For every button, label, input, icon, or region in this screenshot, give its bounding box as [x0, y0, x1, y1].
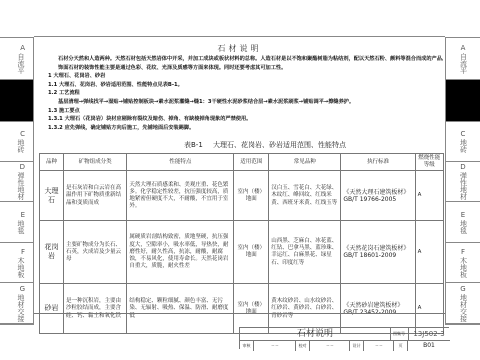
page-number: B01 [408, 341, 450, 351]
atlas-number: 13J502-3 [408, 328, 450, 340]
review-signature: ～～ [254, 341, 296, 351]
cell-varieties: 山西黑、芝麻白、冰花蓝、红钻、巴拿马黑、蓝珍珠、幸运红、白麻黑花、绿星石、印度红… [269, 221, 341, 284]
right-side-tabs: A自流平 C地砖 D弹性地材 E地毯 F木地板 G地材交接 [445, 37, 480, 325]
note-heading: 1.3 施工要点 [48, 107, 443, 116]
cell-fire-rating: A [415, 171, 443, 221]
cell-kind: 大理石 [40, 171, 64, 221]
side-tab-e[interactable]: E地毯 [0, 202, 33, 243]
note-heading: 1 大理石、花岗岩、砂岩 [48, 72, 443, 81]
header-fire-rating: 燃烧性能等级 [415, 154, 443, 171]
side-tab-d[interactable]: D弹性地材 [446, 162, 480, 202]
design-label: 设计 [350, 341, 364, 351]
side-tab-c[interactable]: C地砖 [446, 122, 480, 162]
cell-composition: 是一种沉积岩，主要由沙粒胶结而成，主要含硅、钙、黏土和氧化铁 [64, 284, 127, 334]
side-tab-e[interactable]: E地毯 [446, 202, 480, 243]
stone-properties-table: 品种 矿物组成分类 性能特点 适用范围 常见品种 执行标准 燃烧性能等级 大理石… [39, 153, 444, 334]
header-properties: 性能特点 [127, 154, 234, 171]
cell-varieties: 汉白玉、雪花白、大花绿、木纹红、峰回纹、红线米黄、西班牙米黄、红线玉等 [269, 171, 341, 221]
note-heading: 1.2 工艺流程 [48, 89, 443, 98]
header-composition: 矿物组成分类 [64, 154, 127, 171]
table-title: 大理石、花岗岩、砂岩适用范围、性能特点 [213, 141, 346, 149]
cell-composition: 主要矿物成分为长石、石英，火成岩及少量云母 [64, 221, 127, 284]
cell-properties: 天然大理石质感柔和、美观庄重、花色繁多。化学稳定性较差，抗压强度较高，质地紧密但… [127, 171, 234, 221]
drawing-title: 石材说明 [240, 328, 391, 340]
side-tab-a[interactable]: A自流平 [0, 38, 33, 80]
cell-composition: 是石灰岩和白云岩在高温作用下矿物质重新结晶和变质而成 [64, 171, 127, 221]
side-tab-c[interactable]: C地砖 [0, 122, 33, 162]
side-tab-d[interactable]: D弹性地材 [0, 162, 33, 202]
side-tab-f[interactable]: F木地板 [0, 243, 33, 283]
side-tab-b-active[interactable] [0, 80, 33, 122]
page-title: 石材说明 [34, 43, 445, 54]
check-label: 校对 [296, 341, 310, 351]
cell-scope: 室内（楼）地面 [234, 171, 269, 221]
side-tab-label: 自流平 [16, 53, 25, 74]
side-tab-a[interactable]: A自流平 [446, 38, 480, 80]
note-line: 1.1 大理石、花岗岩、砂岩适用范围、性能特点见表B-1。 [48, 81, 443, 90]
header-varieties: 常见品种 [269, 154, 341, 171]
cell-fire-rating: A [415, 221, 443, 284]
note-line: 饰面石材的装饰性能主要是通过色彩、花纹、光泽及质感等方面来体现。同时还要考虑其可… [48, 64, 443, 73]
review-label: 审核 [240, 341, 254, 351]
sheet-bottom-border [34, 313, 445, 314]
note-line: 1.3.2 应先弹线，确定铺贴方向后施工，先铺地面后安装踢脚。 [48, 124, 443, 133]
cell-kind: 花岗岩 [40, 221, 64, 284]
side-tab-f[interactable]: F木地板 [446, 243, 480, 283]
side-tab-g[interactable]: G地材交接 [0, 283, 33, 324]
atlas-label: 图集号 [390, 328, 409, 340]
table-caption: 表B-1 大理石、花岗岩、砂岩适用范围、性能特点 [184, 140, 354, 150]
header-scope: 适用范围 [234, 154, 269, 171]
signature-row: 审核 ～～ 校对 ～～ 设计 ～～ 页 B01 [240, 340, 450, 351]
side-tab-b-active[interactable] [446, 80, 480, 122]
cell-properties: 结构稳定、颗粒细腻、颜色丰富、无污染、无辐射、吸热、保温、防滑、耐磨度低 [127, 284, 234, 334]
page-label: 页 [394, 341, 408, 351]
header-standard: 执行标准 [341, 154, 415, 171]
table-number: 表B-1 [184, 141, 203, 149]
table-header-row: 品种 矿物组成分类 性能特点 适用范围 常见品种 执行标准 燃烧性能等级 [40, 154, 444, 171]
cell-standard: 《天然花岗石建筑板材》GB/T 18601-2009 [341, 221, 415, 284]
cell-properties: 属硬质岩剖结构致密，质地坚硬，抗压强度大，空隙率小，吸水率低，导热快，耐磨性好，… [127, 221, 234, 284]
left-side-tabs: A自流平 C地砖 D弹性地材 E地毯 F木地板 G地材交接 [0, 37, 34, 325]
cell-scope: 室内（楼）地面 [234, 221, 269, 284]
check-signature: ～～ [310, 341, 350, 351]
design-signature: ～～ [364, 341, 394, 351]
note-line: 基层清理→弹线找平→湿贴→铺贴控制板块→素水泥浆灌缝→缝1：3干硬性水泥砂浆结合… [48, 98, 443, 107]
header-kind: 品种 [40, 154, 64, 171]
cell-kind: 砂岩 [40, 284, 64, 334]
table-row: 大理石 是石灰岩和白云岩在高温作用下矿物质重新结晶和变质而成 天然大理石质感柔和… [40, 171, 444, 221]
table-row: 花岗岩 主要矿物成分为长石、石英，火成岩及少量云母 属硬质岩剖结构致密，质地坚硬… [40, 221, 444, 284]
note-line: 石材分天然和人造两种。天然石材包括天然岩体中开采，并加工成块或板状材料的总称。人… [48, 55, 443, 64]
side-tab-g[interactable]: G地材交接 [446, 283, 480, 324]
cell-standard: 《天然大理石建筑板材》GB/T 19766-2005 [341, 171, 415, 221]
drawing-sheet: 石材说明 石材分天然和人造两种。天然石材包括天然岩体中开采，并加工成块或板状材料… [34, 36, 445, 344]
note-line: 1.3.1 大理石（花岗岩）块材应剔除有裂纹及暗伤、掉角、有缺棱掉角现象的严禁使… [48, 115, 443, 124]
title-block: 石材说明 图集号 13J502-3 审核 ～～ 校对 ～～ 设计 ～～ 页 B0… [239, 327, 449, 349]
notes-section: 石材分天然和人造两种。天然石材包括天然岩体中开采，并加工成块或板状材料的总称。人… [48, 55, 443, 132]
